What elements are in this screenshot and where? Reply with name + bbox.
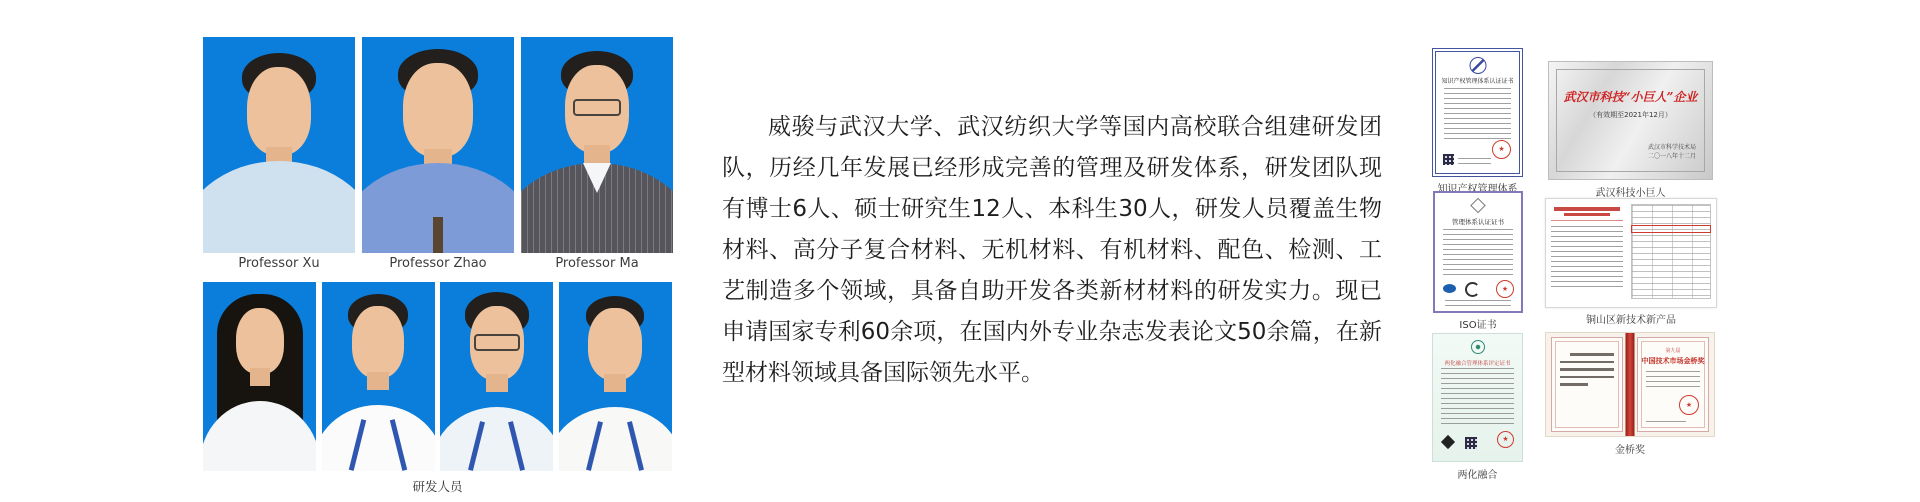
caption-integration-cert: 两化融合 xyxy=(1432,466,1523,481)
handwritten-line xyxy=(1560,383,1588,386)
glasses xyxy=(573,99,621,116)
iaf-logo-icon xyxy=(1443,284,1456,293)
award-footer-text xyxy=(1646,421,1686,426)
red-seal-icon xyxy=(1492,140,1511,159)
diamond-logo-icon xyxy=(1441,435,1455,449)
certificate-iso: 管理体系认证证书 xyxy=(1433,191,1523,313)
document-red-title xyxy=(1554,207,1620,211)
certificate-footer-text xyxy=(1445,300,1511,307)
certificate-integration: 两化融合管理体系评定证书 xyxy=(1432,333,1523,462)
qr-code-icon xyxy=(1443,154,1454,165)
face xyxy=(352,306,404,378)
document-new-tech-product xyxy=(1545,198,1717,308)
photo-staff-3 xyxy=(440,282,553,471)
award-body-text xyxy=(1646,371,1700,389)
caption-iso-cert: ISO证书 xyxy=(1433,316,1523,331)
caption-little-giant: 武汉科技小巨人 xyxy=(1548,184,1713,199)
shirt xyxy=(203,161,355,253)
cnas-c-logo-icon xyxy=(1465,282,1480,297)
caption-professor-ma: Professor Ma xyxy=(521,256,673,271)
certificate-title: 两化融合管理体系评定证书 xyxy=(1433,359,1522,367)
neck xyxy=(604,374,626,392)
plaque-issuer-block: 武汉市科学技术局 二〇一八年十二月 xyxy=(1648,143,1696,161)
plaque-date: 二〇一八年十二月 xyxy=(1648,152,1696,161)
document-left-page xyxy=(1551,205,1623,301)
award-edition: 第九届 xyxy=(1638,347,1708,354)
certificate-body-text xyxy=(1444,88,1511,140)
certificate-gold-bridge: 第九届 中国技术市场金桥奖 xyxy=(1545,332,1715,437)
document-table xyxy=(1631,204,1711,299)
photo-professor-xu xyxy=(203,37,355,253)
document-red-title xyxy=(1564,213,1610,217)
face xyxy=(236,308,284,374)
plaque-validity: （有效期至2021年12月） xyxy=(1549,110,1712,120)
shirt xyxy=(440,407,553,471)
certificate-footer-text xyxy=(1458,158,1491,167)
plaque-little-giant: 武汉市科技“小巨人”企业 （有效期至2021年12月） 武汉市科学技术局 二〇一… xyxy=(1548,61,1713,180)
document-red-rule xyxy=(1551,220,1623,221)
caption-staff-group: 研发人员 xyxy=(203,477,672,495)
award-title: 中国技术市场金桥奖 xyxy=(1638,356,1708,366)
shirt xyxy=(559,407,672,471)
certificate-ip-management: 知识产权管理体系认证证书 xyxy=(1432,48,1523,177)
neck xyxy=(486,374,508,392)
caption-new-tech-product: 铜山区新技术新产品 xyxy=(1545,311,1717,326)
photo-staff-1 xyxy=(203,282,316,471)
highlighted-row xyxy=(1631,225,1711,233)
ghc-emblem-icon xyxy=(1471,340,1485,354)
glasses xyxy=(474,334,520,351)
cz-emblem-icon xyxy=(1469,57,1486,74)
document-body-text xyxy=(1551,226,1623,290)
photo-staff-2 xyxy=(322,282,435,471)
book-left-page xyxy=(1551,337,1623,432)
star-seal-icon xyxy=(1679,395,1699,415)
rd-team-section: Professor Xu Professor Zhao Professor Ma… xyxy=(0,0,1920,502)
shirt xyxy=(322,405,435,471)
certificate-title: 知识产权管理体系认证证书 xyxy=(1436,76,1519,85)
handwritten-line xyxy=(1560,361,1614,364)
qr-code-icon xyxy=(1465,437,1477,449)
tie xyxy=(433,217,443,253)
photo-professor-ma xyxy=(521,37,673,253)
photo-staff-4 xyxy=(559,282,672,471)
book-spine xyxy=(1626,333,1635,436)
plaque-title: 武汉市科技“小巨人”企业 xyxy=(1549,88,1712,105)
rd-team-description: 威骏与武汉大学、武汉纺织大学等国内高校联合组建研发团队，历经几年发展已经形成完善… xyxy=(722,107,1382,394)
shirt-collar xyxy=(583,163,611,193)
red-seal-icon xyxy=(1497,431,1514,448)
red-seal-icon xyxy=(1496,280,1514,298)
neck xyxy=(250,368,270,386)
caption-professor-xu: Professor Xu xyxy=(203,256,355,271)
handwritten-line xyxy=(1570,353,1614,356)
plaque-issuer: 武汉市科学技术局 xyxy=(1648,143,1696,152)
book-right-page: 第九届 中国技术市场金桥奖 xyxy=(1637,337,1709,432)
handwritten-line xyxy=(1560,376,1614,379)
certificate-body-text xyxy=(1443,229,1513,279)
cnas-emblem-icon xyxy=(1470,198,1486,214)
face xyxy=(247,67,311,155)
handwritten-line xyxy=(1560,368,1614,371)
face xyxy=(588,308,642,380)
photo-professor-zhao xyxy=(362,37,514,253)
neck xyxy=(367,372,389,390)
caption-professor-zhao: Professor Zhao xyxy=(362,256,514,271)
certificate-body-text xyxy=(1441,368,1514,426)
face xyxy=(403,63,473,157)
caption-gold-bridge: 金桥奖 xyxy=(1545,441,1715,456)
certificate-title: 管理体系认证证书 xyxy=(1435,217,1521,226)
